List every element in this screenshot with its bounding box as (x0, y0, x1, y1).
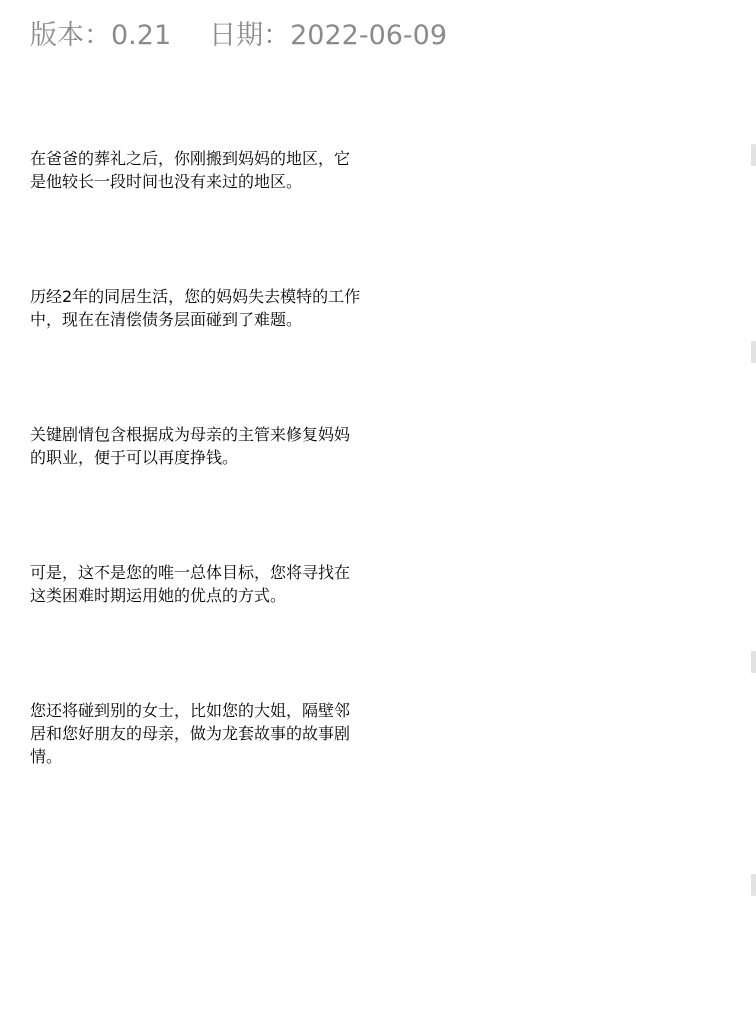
version-label: 版本： (30, 20, 111, 51)
document-meta: 版本：0.21日期：2022-06-09 (30, 18, 730, 54)
cropped-char-fragment (751, 144, 756, 166)
text-line: 居和您好朋友的母亲，做为龙套故事的故事剧 (30, 721, 736, 744)
text-line: 是他较长一段时间也没有来过的地区。 (30, 169, 736, 192)
version-value: 0.21 (111, 20, 171, 51)
text-line: 历经2年的同居生活，您的妈妈失去模特的工作 (30, 284, 736, 307)
date-value: 2022-06-09 (290, 20, 447, 51)
document-page: 版本：0.21日期：2022-06-09 在爸爸的葬礼之后，你刚搬到妈妈的地区，… (0, 0, 756, 1024)
cropped-char-fragment (751, 874, 756, 896)
text-line: 的职业，便于可以再度挣钱。 (30, 445, 736, 468)
text-line: 情。 (30, 744, 736, 767)
version-info: 版本：0.21 (30, 20, 171, 51)
text-line: 可是，这不是您的唯一总体目标，您将寻找在 (30, 560, 736, 583)
cropped-char-fragment (751, 651, 756, 673)
text-line: 中，现在在清偿债务层面碰到了难题。 (30, 307, 736, 330)
cropped-char-fragment (751, 341, 756, 363)
text-line: 在爸爸的葬礼之后，你刚搬到妈妈的地区，它 (30, 146, 736, 169)
text-line: 您还将碰到别的女士，比如您的大姐，隔壁邻 (30, 698, 736, 721)
story-text: 在爸爸的葬礼之后，你刚搬到妈妈的地区，它 是他较长一段时间也没有来过的地区。 历… (30, 146, 736, 767)
text-line: 这类困难时期运用她的优点的方式。 (30, 583, 736, 606)
text-line: 关键剧情包含根据成为母亲的主管来修复妈妈 (30, 422, 736, 445)
date-info: 日期：2022-06-09 (209, 20, 447, 51)
date-label: 日期： (209, 20, 290, 51)
